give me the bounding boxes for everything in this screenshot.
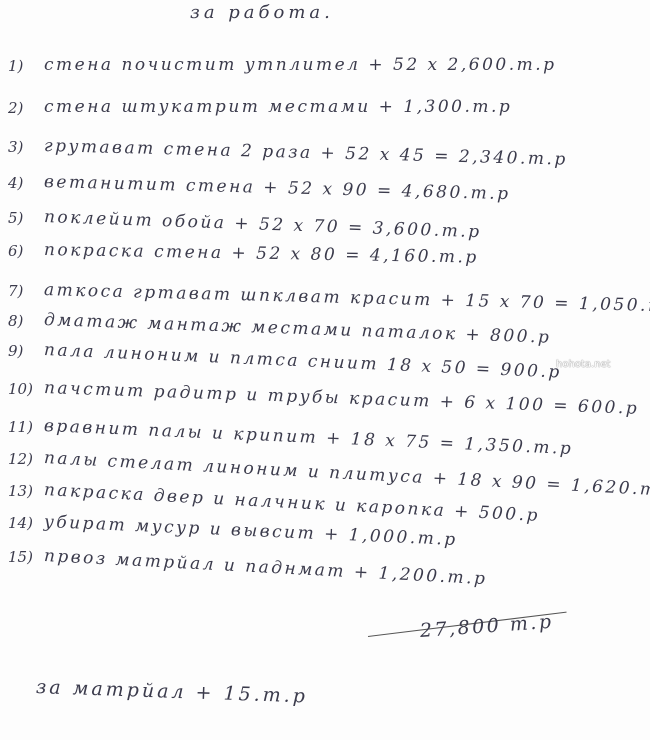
item-text: грутават стена 2 раза + 52 х 45 = 2,340.… xyxy=(44,136,568,170)
item-number: 13) xyxy=(8,482,33,500)
item-text: пачстит радитр и трубы красит + 6 х 100 … xyxy=(44,378,640,419)
total-amount: 27,800 т.р xyxy=(419,611,554,642)
item-text: аткоса гртават шпклват красит + 15 х 70 … xyxy=(44,280,650,317)
item-text: покраска стена + 52 х 80 = 4,160.т.р xyxy=(44,240,479,268)
item-number: 9) xyxy=(8,342,23,360)
item-number: 8) xyxy=(8,312,23,330)
item-text: поклейит обойа + 52 х 70 = 3,600.т.р xyxy=(44,207,482,242)
item-text: стена почистит утплител + 52 х 2,600.т.р xyxy=(44,55,557,75)
item-number: 5) xyxy=(8,209,23,227)
item-text: ветанитит стена + 52 х 90 = 4,680.т.р xyxy=(44,172,511,204)
item-number: 1) xyxy=(8,57,23,75)
item-text: пала линоним и плтса сниит 18 х 50 = 900… xyxy=(44,340,563,383)
page-title: за работа. xyxy=(190,2,334,23)
item-text: дматаж мантаж местами паталок + 800.р xyxy=(44,310,552,348)
item-number: 12) xyxy=(8,450,33,468)
item-number: 7) xyxy=(8,282,23,300)
item-text: првоз матрйал и паднмат + 1,200.т.р xyxy=(43,546,487,589)
item-number: 6) xyxy=(8,242,23,260)
handwritten-page: за работа. 1)стена почистит утплител + 5… xyxy=(0,0,650,740)
item-number: 11) xyxy=(8,418,33,436)
item-number: 10) xyxy=(8,380,33,398)
item-number: 15) xyxy=(8,548,33,566)
materials-line: за матрйал + 15.т.р xyxy=(36,676,309,707)
item-number: 14) xyxy=(8,514,33,532)
item-number: 2) xyxy=(8,99,23,117)
item-number: 3) xyxy=(8,138,23,156)
item-number: 4) xyxy=(8,174,23,192)
watermark: hohota.net xyxy=(556,359,611,370)
item-text: стена штукатрит местами + 1,300.т.р xyxy=(44,97,512,117)
